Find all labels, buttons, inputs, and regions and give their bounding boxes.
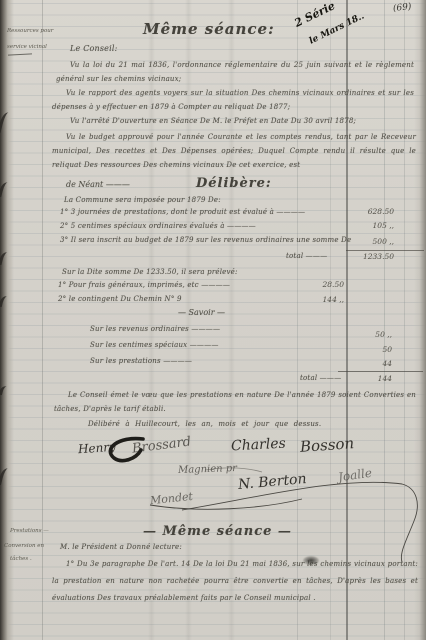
- budget-row-amount: 628.50: [350, 207, 394, 216]
- delibere-heading: Délibère:: [196, 176, 272, 191]
- closing-date: Délibéré à Huillecourt, les an, mois et …: [88, 420, 321, 428]
- neant-line: de Néant ———: [66, 180, 130, 189]
- savoir-row-amount: 44: [352, 359, 392, 368]
- page-edge-shadow: [414, 0, 426, 640]
- preleve-row-amount: 28.50: [304, 280, 344, 289]
- closing-voeu: Le Conseil émet le vœu que les prestatio…: [54, 388, 416, 416]
- savoir-row-amount: 50 ,,: [352, 330, 392, 339]
- margin-note-bottom-line1: Prestations —: [10, 528, 49, 534]
- signature: Charles: [231, 436, 286, 455]
- paragraph-2: Vu le rapport des agents voyers sur la s…: [52, 86, 414, 114]
- budget-row-label: 1° 3 journées de prestations, dont le pr…: [60, 208, 305, 216]
- paragraph-4: Vu le budget approuvé pour l'année Coura…: [52, 130, 416, 172]
- savoir-row-label: Sur les prestations ————: [90, 357, 192, 365]
- preleve-intro: Sur la Dite somme De 1233.50, il sera pr…: [62, 268, 238, 276]
- page-number: (69): [393, 2, 412, 14]
- budget-intro: La Commune sera imposée pour 1879 De:: [64, 196, 221, 204]
- total2-amount: 144: [352, 374, 392, 383]
- section2-heading: — Même séance —: [143, 524, 292, 539]
- budget-row-label: 2° 5 centimes spéciaux ordinaires évalué…: [60, 222, 256, 230]
- paragraph-3: Vu l'arrêté D'ouverture en Séance De M. …: [56, 114, 414, 128]
- signature: Bosson: [299, 434, 354, 456]
- sum-rule: [346, 250, 424, 251]
- margin-note-bottom-line2: Conversion en: [4, 543, 44, 549]
- section1-heading: Même séance:: [143, 20, 275, 38]
- savoir-row-label: Sur les revenus ordinaires ————: [90, 325, 220, 333]
- preleve-row-amount: 144 ,,: [304, 295, 344, 304]
- budget-row-amount: 105 ,,: [350, 221, 394, 230]
- council-opening: Le Conseil:: [70, 44, 118, 53]
- margin-note-bottom-line3: tâches .: [10, 556, 32, 562]
- ink-smudge: [303, 556, 319, 565]
- savoir-heading: — Savoir —: [178, 308, 225, 317]
- total1-label: total ———: [286, 252, 327, 260]
- budget-row-label: 3° Il sera inscrit au budget de 1879 sur…: [60, 236, 351, 244]
- paragraph-1: Vu la loi du 21 mai 1836, l'ordonnance r…: [56, 58, 414, 86]
- savoir-row-amount: 50: [352, 345, 392, 354]
- margin-note-top-line2: service vicinal: [7, 44, 47, 50]
- budget-row-amount: 500 ,,: [350, 237, 394, 246]
- savoir-row-label: Sur les centimes spéciaux ————: [90, 341, 219, 349]
- signature: Magnien pr: [178, 463, 237, 476]
- register-page-scan: (69) 2 Série le Mars 18.. Ressources pou…: [0, 0, 426, 640]
- preleve-row-label: 2° le contingent Du Chemin N° 9: [58, 295, 182, 303]
- total1-amount: 1233.50: [350, 252, 394, 261]
- sum-rule: [338, 371, 423, 372]
- section2-opening: M. le Président a Donné lecture:: [60, 543, 182, 551]
- signature: Henry: [78, 440, 117, 457]
- preleve-row-label: 1° Pour frais généraux, imprimés, etc ——…: [58, 281, 230, 289]
- section2-paragraph: 1° Du 3e paragraphe De l'art. 14 De la l…: [52, 556, 418, 607]
- total2-label: total ———: [300, 374, 341, 382]
- margin-note-top-line1: Ressources pour: [7, 28, 53, 34]
